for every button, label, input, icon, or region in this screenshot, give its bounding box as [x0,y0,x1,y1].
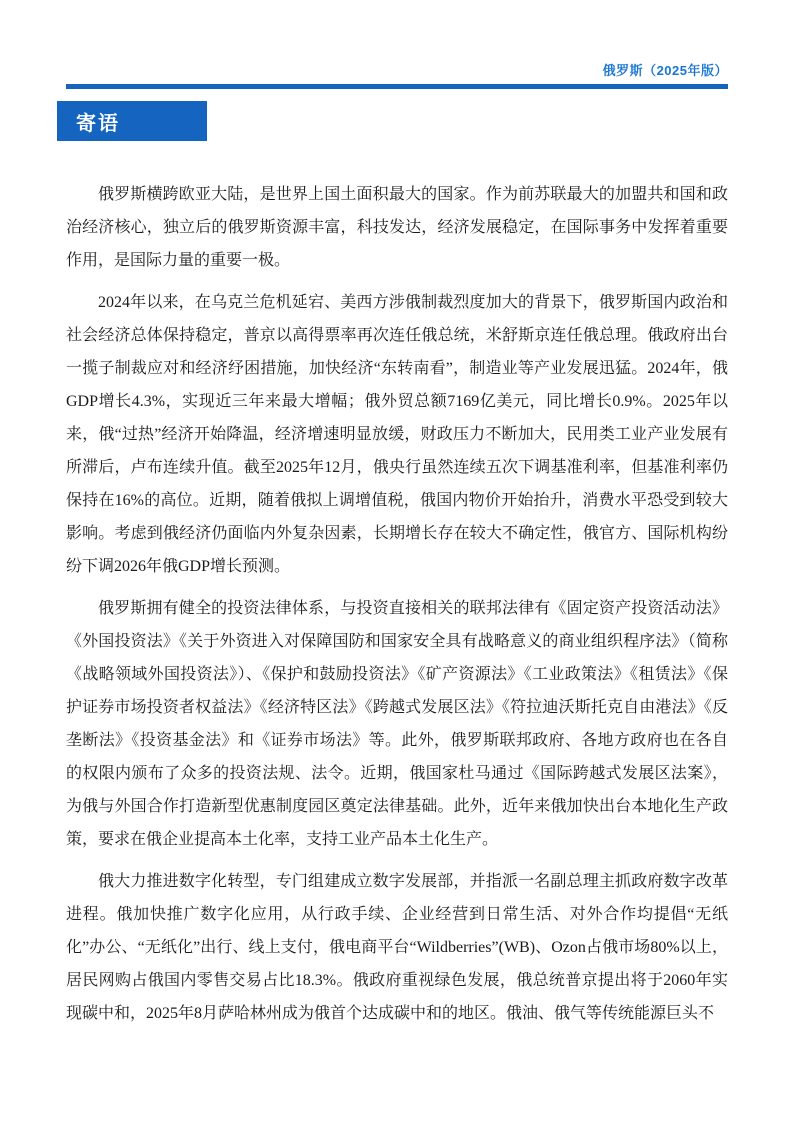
paragraph-economy: 2024年以来，在乌克兰危机延宕、美西方涉俄制裁烈度加大的背景下，俄罗斯国内政治… [66,286,728,583]
paragraph-digital-green: 俄大力推进数字化转型，专门组建成立数字发展部，并指派一名副总理主抓政府数字改革进… [66,865,728,1030]
paragraph-intro: 俄罗斯横跨欧亚大陆，是世界上国土面积最大的国家。作为前苏联最大的加盟共和国和政治… [66,178,728,277]
document-body: 俄罗斯横跨欧亚大陆，是世界上国土面积最大的国家。作为前苏联最大的加盟共和国和政治… [66,178,728,1030]
page-header: 俄罗斯（2025年版） [66,0,728,89]
header-rule [66,84,728,89]
paragraph-investment-law: 俄罗斯拥有健全的投资法律体系，与投资直接相关的联邦法律有《固定资产投资活动法》《… [66,592,728,856]
section-title: 寄语 [76,107,120,136]
section-title-badge: 寄语 [57,101,207,141]
edition-label: 俄罗斯（2025年版） [66,63,728,79]
document-page: 俄罗斯（2025年版） 寄语 俄罗斯横跨欧亚大陆，是世界上国土面积最大的国家。作… [0,0,794,1123]
